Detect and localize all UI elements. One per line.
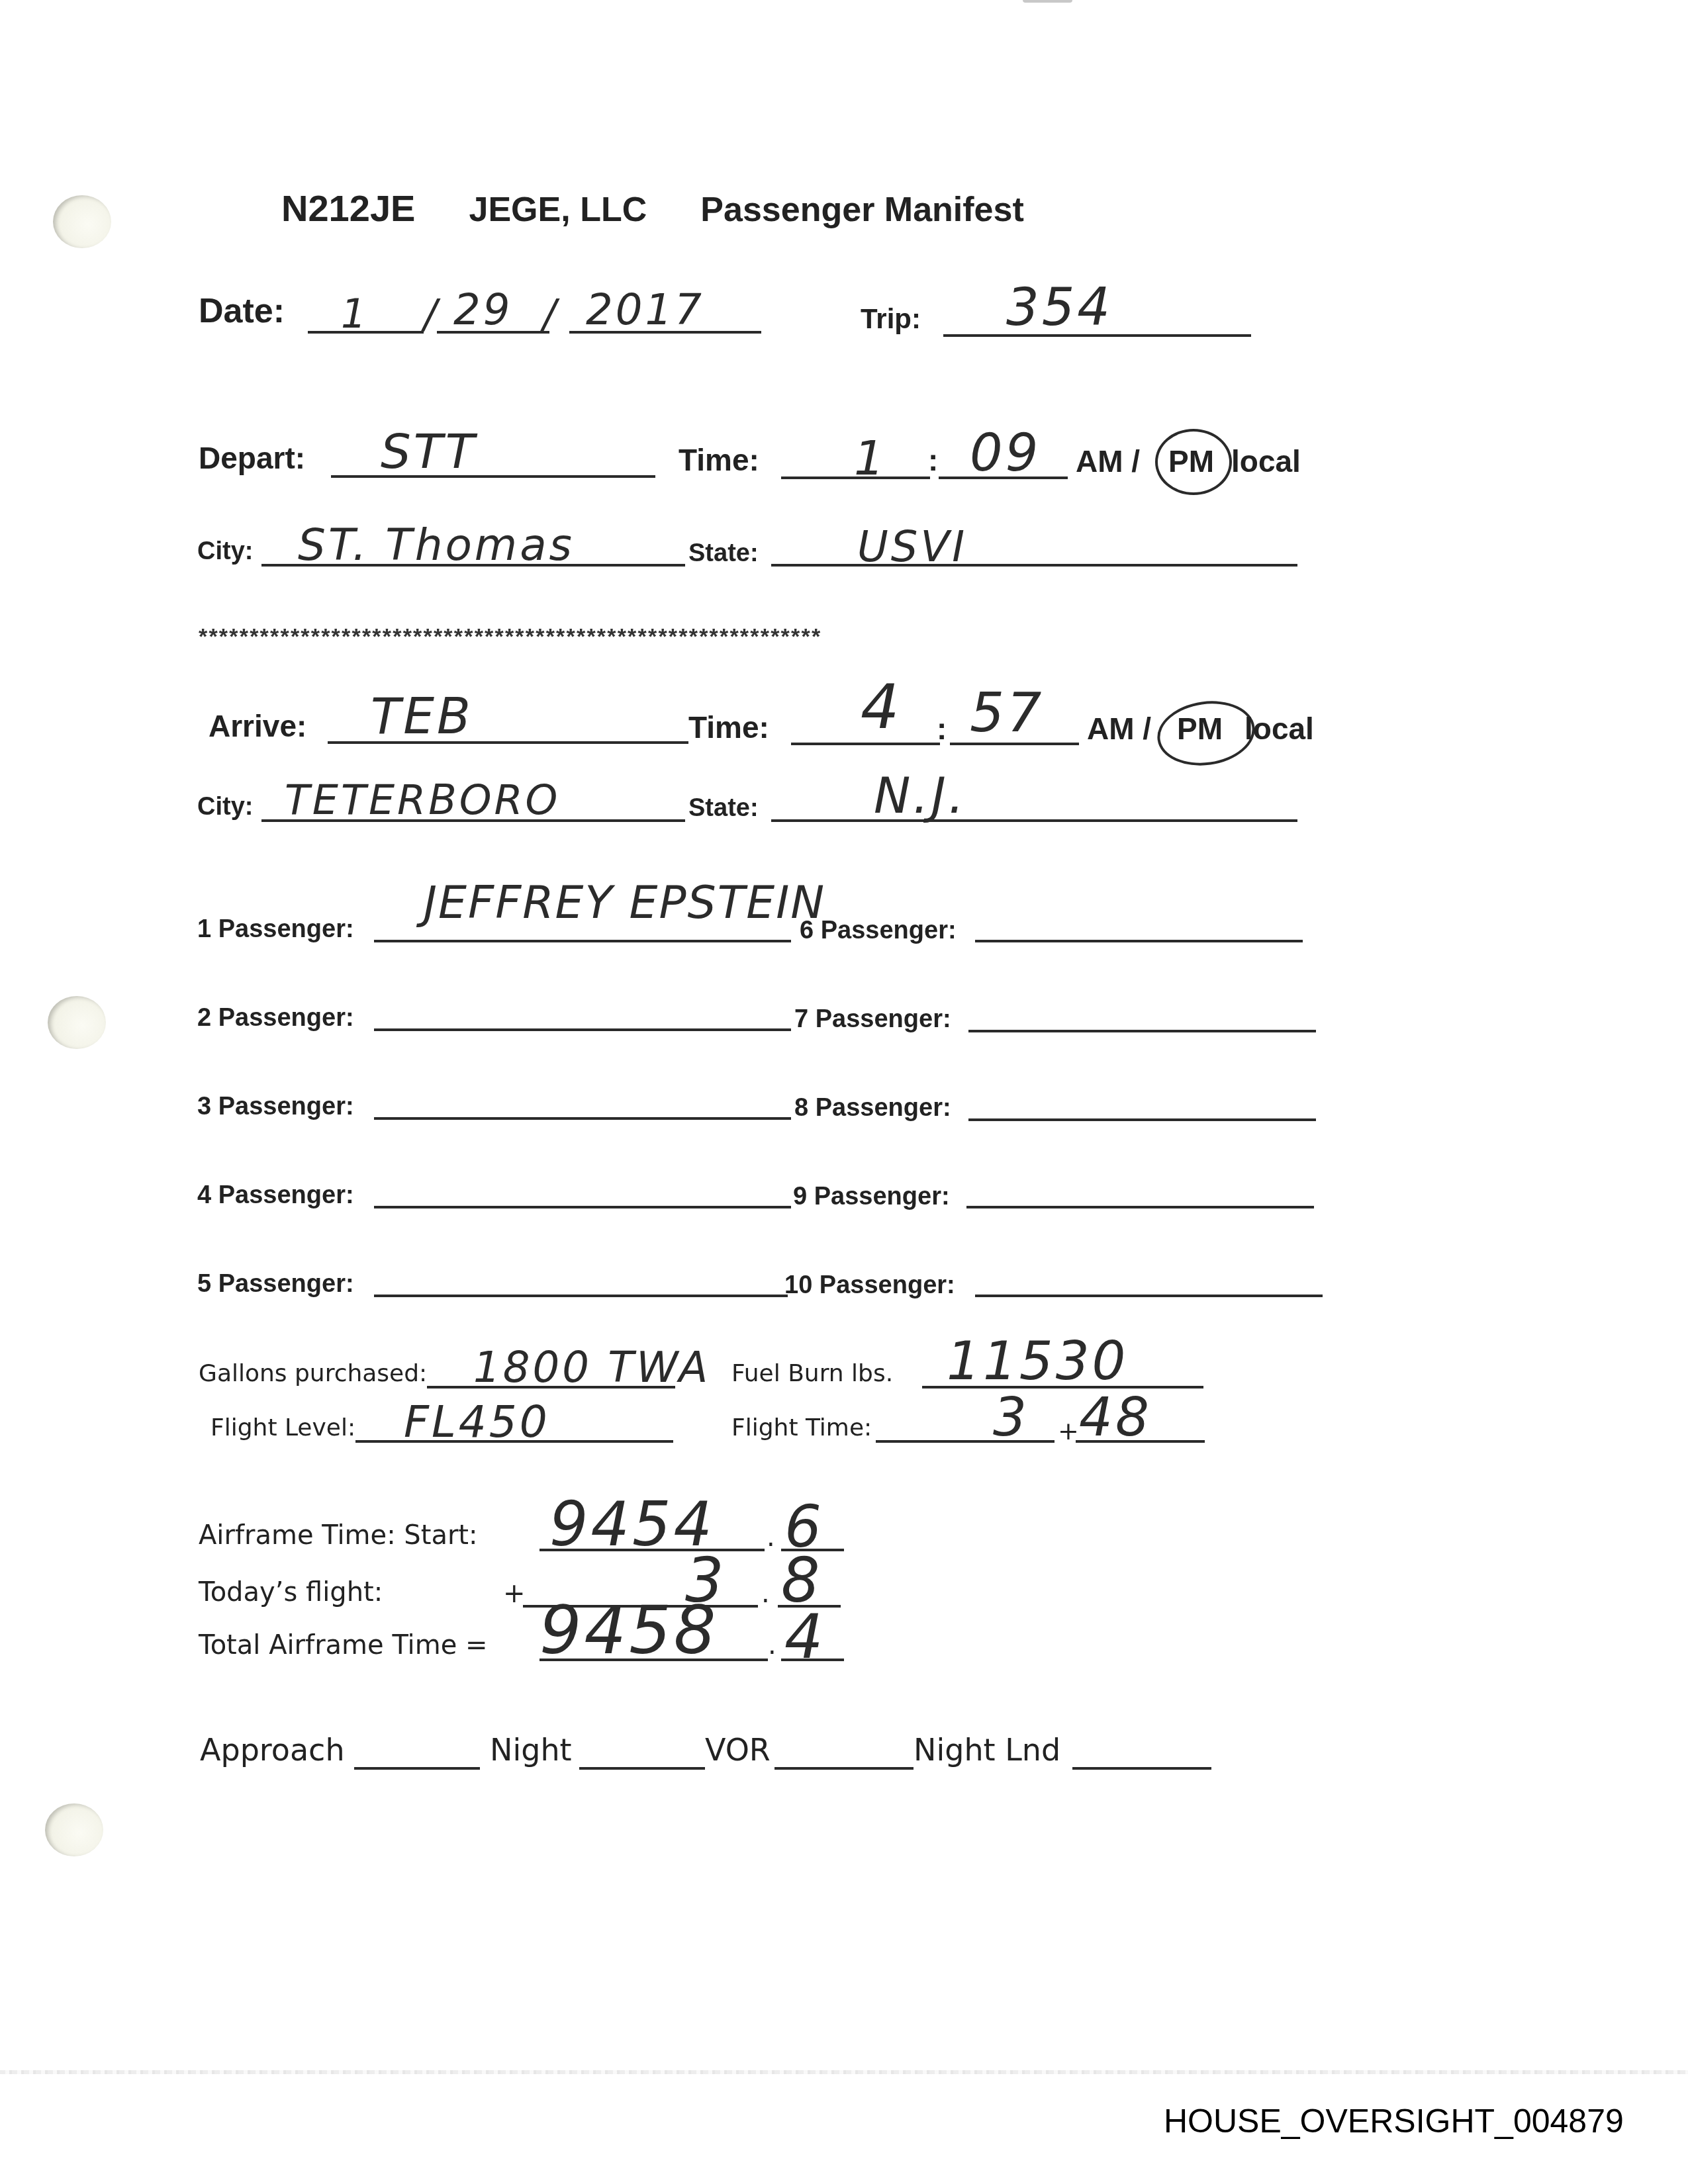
depart-state-field[interactable]: USVI	[857, 523, 967, 572]
date-month-field[interactable]: 1	[341, 291, 369, 338]
passenger-4-line	[374, 1206, 791, 1208]
total-airframe-whole-field[interactable]: 9458	[539, 1592, 719, 1669]
passenger-3-line	[374, 1117, 791, 1120]
passenger-6-line	[975, 940, 1303, 942]
depart-line	[331, 475, 655, 478]
depart-state-line	[771, 564, 1297, 567]
gallons-purchased-label: Gallons purchased:	[199, 1360, 427, 1387]
depart-label: Depart:	[199, 440, 305, 476]
arrive-state-label: State:	[688, 794, 759, 823]
gallons-purchased-field[interactable]: 1800 TWA	[473, 1343, 710, 1392]
total-airframe-label: Total Airframe Time =	[199, 1630, 488, 1661]
punch-hole-top	[53, 195, 111, 248]
flight-level-label: Flight Level:	[211, 1414, 355, 1441]
depart-city-field[interactable]: ST. Thomas	[298, 520, 575, 570]
pm-selected-circle	[1153, 695, 1259, 772]
flight-time-minutes-field[interactable]: 48	[1079, 1387, 1152, 1448]
decimal-point: .	[768, 1630, 776, 1661]
night-label: Night	[490, 1732, 572, 1768]
depart-hour-field[interactable]: 1	[854, 430, 887, 486]
bates-number: HOUSE_OVERSIGHT_004879	[1164, 2102, 1624, 2140]
scan-edge-artifact	[1023, 0, 1072, 3]
fuel-burn-label: Fuel Burn lbs.	[731, 1360, 893, 1387]
arrive-city-label: City:	[197, 793, 253, 821]
decimal-point: .	[767, 1522, 775, 1553]
passenger-5-line	[374, 1295, 788, 1297]
arrive-city-field[interactable]: TETERBORO	[285, 776, 560, 824]
form-title: Passenger Manifest	[700, 191, 1023, 229]
todays-flight-label: Today’s flight:	[199, 1577, 383, 1608]
passenger-10-line	[975, 1295, 1323, 1297]
arrive-am-option[interactable]: AM /	[1087, 711, 1151, 747]
decimal-point: .	[761, 1578, 770, 1609]
passenger-8-label: 8 Passenger:	[794, 1094, 951, 1122]
arrive-label: Arrive:	[209, 708, 306, 744]
arrive-state-line	[771, 819, 1297, 822]
date-year-field[interactable]: 2017	[586, 286, 704, 335]
arrive-local-label: local	[1244, 711, 1314, 747]
arrive-field[interactable]: TEB	[371, 688, 473, 745]
depart-time-colon: :	[928, 442, 938, 478]
date-label: Date:	[199, 291, 285, 331]
passenger-9-line	[966, 1206, 1314, 1208]
todays-flight-plus: +	[503, 1578, 526, 1609]
depart-am-option[interactable]: AM /	[1076, 443, 1140, 479]
passenger-5-label: 5 Passenger:	[197, 1270, 354, 1298]
passenger-2-line	[374, 1028, 791, 1031]
night-landing-label: Night Lnd	[914, 1732, 1060, 1768]
company-name: JEGE, LLC	[469, 191, 647, 229]
passenger-4-label: 4 Passenger:	[197, 1181, 354, 1210]
passenger-6-label: 6 Passenger:	[800, 917, 957, 945]
date-day-field[interactable]: 29	[453, 286, 512, 335]
passenger-2-label: 2 Passenger:	[197, 1004, 354, 1032]
passenger-7-line	[968, 1030, 1316, 1032]
night-line[interactable]	[579, 1767, 705, 1770]
passenger-1-line	[374, 940, 791, 942]
section-separator: ****************************************…	[199, 624, 821, 650]
depart-field[interactable]: STT	[381, 424, 477, 479]
depart-city-label: City:	[197, 537, 253, 566]
airframe-start-label: Airframe Time: Start:	[199, 1520, 478, 1551]
date-separator: /	[543, 291, 559, 338]
night-landing-line[interactable]	[1072, 1767, 1211, 1770]
arrive-hour-field[interactable]: 4	[861, 672, 902, 743]
depart-state-label: State:	[688, 539, 759, 568]
passenger-7-label: 7 Passenger:	[794, 1005, 951, 1034]
passenger-1-label: 1 Passenger:	[197, 915, 354, 944]
depart-local-label: local	[1231, 443, 1301, 479]
approach-label: Approach	[200, 1732, 345, 1768]
flight-time-label: Flight Time:	[731, 1414, 872, 1441]
vor-line[interactable]	[774, 1767, 914, 1770]
passenger-8-line	[968, 1118, 1316, 1121]
fuel-burn-field[interactable]: 11530	[947, 1330, 1129, 1392]
total-airframe-decimal-field[interactable]: 4	[784, 1602, 826, 1672]
punch-hole-bottom	[45, 1803, 103, 1856]
scan-edge-artifact	[0, 2070, 1688, 2074]
trip-label: Trip:	[861, 303, 921, 335]
depart-minute-field[interactable]: 09	[970, 424, 1041, 483]
arrive-state-field[interactable]: N.J.	[874, 768, 966, 825]
arrive-time-label: Time:	[688, 709, 769, 745]
arrive-hour-line	[791, 743, 940, 745]
arrive-minute-field[interactable]: 57	[970, 682, 1044, 745]
passenger-1-field[interactable]: JEFFREY EPSTEIN	[424, 877, 825, 929]
punch-hole-middle	[48, 996, 106, 1049]
approach-line[interactable]	[354, 1767, 480, 1770]
flight-level-field[interactable]: FL450	[404, 1396, 550, 1447]
tail-number: N212JE	[281, 187, 415, 229]
flight-time-hours-field[interactable]: 3	[993, 1387, 1029, 1448]
passenger-10-label: 10 Passenger:	[784, 1271, 955, 1300]
pm-selected-circle	[1155, 429, 1232, 495]
passenger-3-label: 3 Passenger:	[197, 1093, 354, 1121]
form-header: N212JE JEGE, LLC Passenger Manifest	[281, 187, 1024, 230]
depart-time-label: Time:	[679, 442, 759, 478]
arrive-time-colon: :	[937, 711, 947, 747]
passenger-9-label: 9 Passenger:	[793, 1183, 950, 1211]
vor-label: VOR	[705, 1732, 771, 1768]
trip-field[interactable]: 354	[1006, 278, 1113, 338]
